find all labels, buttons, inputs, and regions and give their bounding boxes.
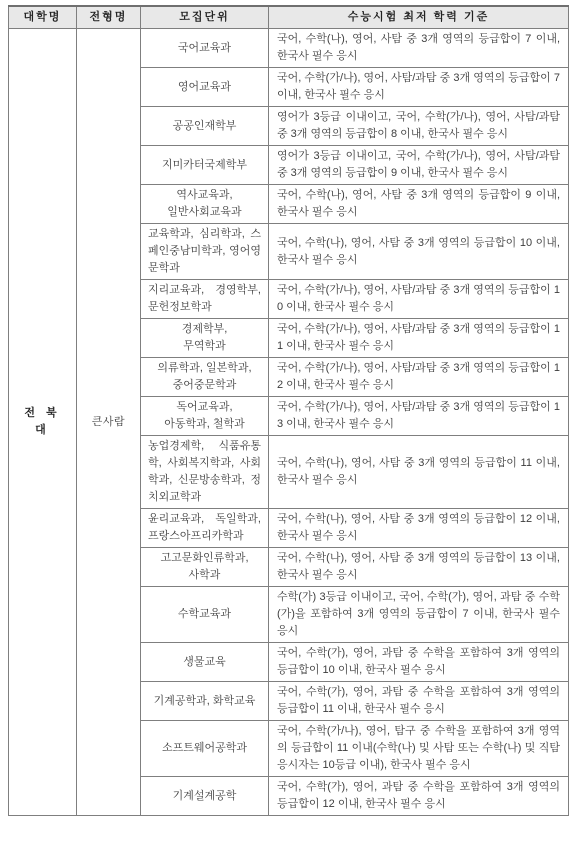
header-recruitment-unit: 모집단위 [141,6,269,29]
recruitment-unit-cell: 의류학과, 일본학과, 중어중문학과 [141,358,269,397]
recruitment-unit-cell: 지미카터국제학부 [141,146,269,185]
recruitment-unit-cell: 기계설계공학 [141,777,269,816]
recruitment-unit-cell: 역사교육과, 일반사회교육과 [141,185,269,224]
criteria-cell: 국어, 수학(가), 영어, 과탐 중 수학을 포함하여 3개 영역의 등급합이… [269,777,569,816]
criteria-cell: 국어, 수학(가), 영어, 과탐 중 수학을 포함하여 3개 영역의 등급합이… [269,682,569,721]
criteria-cell: 국어, 수학(가/나), 영어, 사탐/과탐 중 3개 영역의 등급합이 10 … [269,280,569,319]
recruitment-unit-cell: 수학교육과 [141,587,269,643]
recruitment-unit-cell: 경제학부, 무역학과 [141,319,269,358]
criteria-cell: 국어, 수학(나), 영어, 사탐 중 3개 영역의 등급합이 7 이내, 한국… [269,29,569,68]
recruitment-unit-cell: 소프트웨어공학과 [141,721,269,777]
recruitment-unit-cell: 지리교육과, 경영학부, 문헌정보학과 [141,280,269,319]
admission-criteria-table: 대학명 전형명 모집단위 수능시험 최저 학력 기준 전 북 대큰사람국어교육과… [8,5,569,816]
criteria-cell: 국어, 수학(가/나), 영어, 사탐/과탐 중 3개 영역의 등급합이 12 … [269,358,569,397]
header-row: 대학명 전형명 모집단위 수능시험 최저 학력 기준 [9,6,569,29]
criteria-cell: 영어가 3등급 이내이고, 국어, 수학(가/나), 영어, 사탐/과탐 중 3… [269,146,569,185]
criteria-cell: 국어, 수학(나), 영어, 사탐 중 3개 영역의 등급합이 9 이내, 한국… [269,185,569,224]
recruitment-unit-cell: 국어교육과 [141,29,269,68]
recruitment-unit-cell: 생물교육 [141,643,269,682]
recruitment-unit-cell: 공공인재학부 [141,107,269,146]
criteria-cell: 국어, 수학(가/나), 영어, 탐구 중 수학을 포함하여 3개 영역의 등급… [269,721,569,777]
criteria-cell: 국어, 수학(가/나), 영어, 사탐/과탐 중 3개 영역의 등급합이 13 … [269,397,569,436]
criteria-cell: 국어, 수학(나), 영어, 사탐 중 3개 영역의 등급합이 11 이내, 한… [269,436,569,509]
admission-type-cell: 큰사람 [77,29,141,816]
recruitment-unit-cell: 영어교육과 [141,68,269,107]
recruitment-unit-cell: 독어교육과, 아동학과, 철학과 [141,397,269,436]
university-name-cell: 전 북 대 [9,29,77,816]
criteria-cell: 국어, 수학(나), 영어, 사탐 중 3개 영역의 등급합이 10 이내, 한… [269,224,569,280]
recruitment-unit-cell: 기계공학과, 화학교육 [141,682,269,721]
recruitment-unit-cell: 교육학과, 심리학과, 스페인중남미학과, 영어영문학과 [141,224,269,280]
recruitment-unit-cell: 윤리교육과, 독일학과, 프랑스아프리카학과 [141,509,269,548]
recruitment-unit-cell: 농업경제학, 식품유통학, 사회복지학과, 사회학과, 신문방송학과, 정치외교… [141,436,269,509]
criteria-cell: 국어, 수학(나), 영어, 사탐 중 3개 영역의 등급합이 13 이내, 한… [269,548,569,587]
document-page: 대학명 전형명 모집단위 수능시험 최저 학력 기준 전 북 대큰사람국어교육과… [0,0,576,868]
table-row: 전 북 대큰사람국어교육과국어, 수학(나), 영어, 사탐 중 3개 영역의 … [9,29,569,68]
criteria-cell: 국어, 수학(가/나), 영어, 사탐/과탐 중 3개 영역의 등급합이 7 이… [269,68,569,107]
header-criteria: 수능시험 최저 학력 기준 [269,6,569,29]
criteria-cell: 국어, 수학(가), 영어, 과탐 중 수학을 포함하여 3개 영역의 등급합이… [269,643,569,682]
criteria-cell: 국어, 수학(가/나), 영어, 사탐/과탐 중 3개 영역의 등급합이 11 … [269,319,569,358]
header-admission-type: 전형명 [77,6,141,29]
criteria-cell: 영어가 3등급 이내이고, 국어, 수학(가/나), 영어, 사탐/과탐 중 3… [269,107,569,146]
criteria-cell: 국어, 수학(나), 영어, 사탐 중 3개 영역의 등급합이 12 이내, 한… [269,509,569,548]
criteria-cell: 수학(가) 3등급 이내이고, 국어, 수학(가), 영어, 과탐 중 수학(가… [269,587,569,643]
recruitment-unit-cell: 고고문화인류학과, 사학과 [141,548,269,587]
header-university: 대학명 [9,6,77,29]
table-body: 전 북 대큰사람국어교육과국어, 수학(나), 영어, 사탐 중 3개 영역의 … [9,29,569,816]
